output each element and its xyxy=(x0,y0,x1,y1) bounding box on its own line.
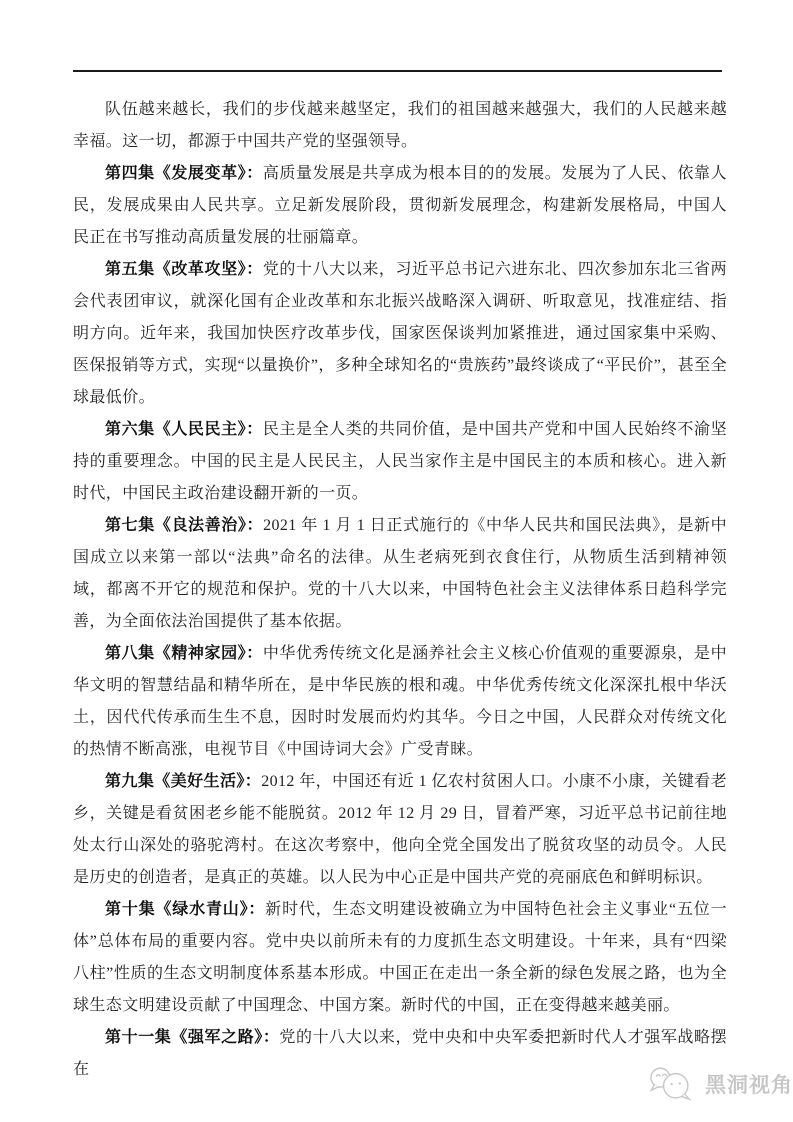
paragraph: 第九集《美好生活》：2012 年，中国还有近 1 亿农村贫困人口。小康不小康，关… xyxy=(73,766,727,894)
paragraph: 队伍越来越长，我们的步伐越来越坚定，我们的祖国越来越强大，我们的人民越来越幸福。… xyxy=(73,94,727,158)
episode-title: 第八集《精神家园》： xyxy=(105,645,263,662)
document-page: 队伍越来越长，我们的步伐越来越坚定，我们的祖国越来越强大，我们的人民越来越幸福。… xyxy=(0,0,793,1122)
episode-title: 第七集《良法善治》： xyxy=(105,517,263,534)
episode-title: 第九集《美好生活》： xyxy=(105,773,261,790)
episode-title: 第十一集《强军之路》： xyxy=(105,1029,279,1046)
episode-title: 第六集《人民民主》： xyxy=(105,421,263,438)
paragraph-text: 队伍越来越长，我们的步伐越来越坚定，我们的祖国越来越强大，我们的人民越来越幸福。… xyxy=(73,101,727,150)
episode-title: 第十集《绿水青山》： xyxy=(105,901,265,918)
paragraph: 第五集《改革攻坚》：党的十八大以来，习近平总书记六进东北、四次参加东北三省两会代… xyxy=(73,254,727,414)
episode-title: 第五集《改革攻坚》： xyxy=(105,261,263,278)
paragraph: 第七集《良法善治》：2021 年 1 月 1 日正式施行的《中华人民共和国民法典… xyxy=(73,510,727,638)
episode-title: 第四集《发展变革》： xyxy=(105,165,263,182)
paragraph: 第四集《发展变革》：高质量发展是共享成为根本目的的发展。发展为了人民、依靠人民，… xyxy=(73,158,727,254)
watermark: 黑洞视角 xyxy=(646,1066,793,1102)
paragraph: 第六集《人民民主》：民主是全人类的共同价值，是中国共产党和中国人民始终不渝坚持的… xyxy=(73,414,727,510)
watermark-brand: 黑洞视角 xyxy=(705,1069,793,1099)
paragraph: 第十集《绿水青山》：新时代，生态文明建设被确立为中国特色社会主义事业“五位一体”… xyxy=(73,894,727,1022)
paragraph-text: 党的十八大以来，习近平总书记六进东北、四次参加东北三省两会代表团审议，就深化国有… xyxy=(73,261,727,406)
chat-bubbles-icon xyxy=(646,1066,700,1102)
document-body: 队伍越来越长，我们的步伐越来越坚定，我们的祖国越来越强大，我们的人民越来越幸福。… xyxy=(73,94,727,1086)
header-rule xyxy=(73,70,722,72)
paragraph: 第十一集《强军之路》：党的十八大以来，党中央和中央军委把新时代人才强军战略摆在 xyxy=(73,1022,727,1086)
paragraph: 第八集《精神家园》：中华优秀传统文化是涵养社会主义核心价值观的重要源泉，是中华文… xyxy=(73,638,727,766)
